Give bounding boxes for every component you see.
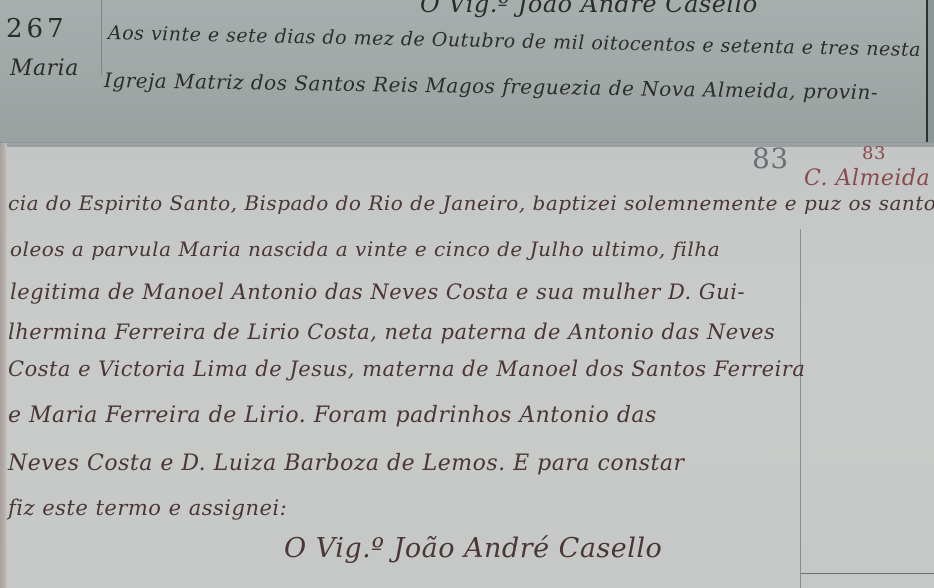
margin-rule <box>101 0 102 75</box>
record-line-1: Aos vinte e sete dias do mez de Outubro … <box>108 24 921 60</box>
header-signature: O Vig.º João André Casello <box>420 0 758 16</box>
stamp-signature: C. Almeida <box>804 168 930 190</box>
margin-divider-rule <box>801 573 934 574</box>
register-page-composite: O Vig.º João André Casello 267 Maria Aos… <box>0 0 934 588</box>
priest-signature: O Vig.º João André Casello <box>284 535 662 562</box>
entry-number: 267 <box>6 16 68 42</box>
top-photo-fragment: O Vig.º João André Casello 267 Maria Aos… <box>0 0 928 142</box>
record-line-3: cia do Espirito Santo, Bispado do Rio de… <box>8 193 934 213</box>
right-margin-rule <box>800 229 801 588</box>
photo-edge <box>0 143 934 147</box>
page-binding-edge <box>0 143 7 588</box>
record-line-6: lhermina Ferreira de Lirio Costa, neta p… <box>8 322 775 343</box>
record-line-10: fiz este termo e assignei: <box>8 498 287 519</box>
record-line-8: e Maria Ferreira de Lirio. Foram padrinh… <box>8 405 657 427</box>
record-line-2: Igreja Matriz dos Santos Reis Magos freg… <box>104 70 878 102</box>
folio-number-stamp: 83 <box>862 145 886 163</box>
folio-number-pencil: 83 <box>752 145 789 173</box>
record-line-5: legitima de Manoel Antonio das Neves Cos… <box>10 282 745 303</box>
record-line-7: Costa e Victoria Lima de Jesus, materna … <box>8 359 805 380</box>
record-line-9: Neves Costa e D. Luiza Barboza de Lemos.… <box>8 453 685 475</box>
margin-name: Maria <box>10 58 79 80</box>
record-line-4: oleos a parvula Maria nascida a vinte e … <box>10 239 720 259</box>
bottom-photo-fragment: 83 83 C. Almeida cia do Espirito Santo, … <box>0 143 934 588</box>
